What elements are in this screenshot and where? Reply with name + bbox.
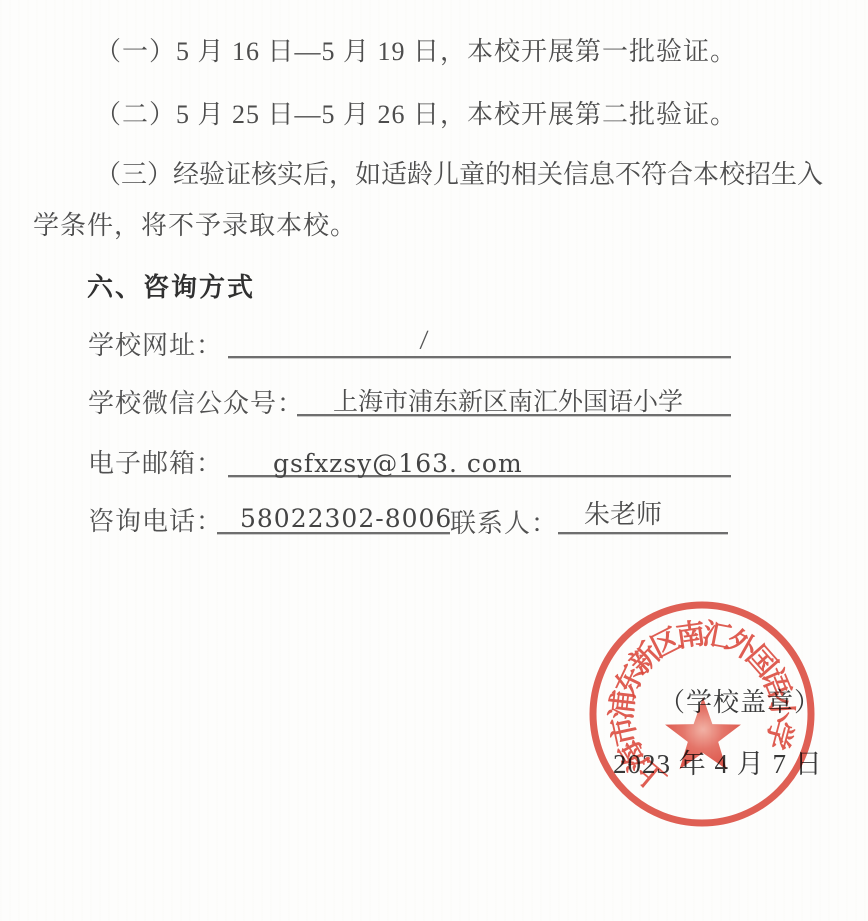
phone-value: 58022302-8006 xyxy=(240,504,452,534)
website-label: 学校网址： xyxy=(88,331,223,361)
paragraph-item-3-line-1: （三）经验证核实后，如适龄儿童的相关信息不符合本校招生入 xyxy=(95,160,823,190)
wechat-value: 上海市浦东新区南汇外国语小学 xyxy=(333,388,683,418)
paragraph-item-2: （二）5 月 25 日—5 月 26 日，本校开展第二批验证。 xyxy=(95,100,737,130)
website-value: / xyxy=(419,326,430,357)
paragraph-item-1: （一）5 月 16 日—5 月 19 日，本校开展第一批验证。 xyxy=(95,37,737,67)
email-label: 电子邮箱： xyxy=(88,449,223,479)
wechat-label: 学校微信公众号： xyxy=(88,389,304,419)
contact-value: 朱老师 xyxy=(584,500,662,530)
contact-underline xyxy=(558,532,728,534)
seal-star-icon xyxy=(665,697,741,769)
email-value: gsfxzsy@163. com xyxy=(273,449,523,479)
school-seal-stamp: 上海市浦东新区南汇外国语小学 xyxy=(577,589,827,839)
website-underline xyxy=(228,356,731,358)
paragraph-item-3-line-2: 学条件，将不予录取本校。 xyxy=(33,211,357,241)
document-page: （一）5 月 16 日—5 月 19 日，本校开展第一批验证。 （二）5 月 2… xyxy=(0,0,868,921)
contact-label: 联系人： xyxy=(450,509,558,539)
phone-label: 咨询电话： xyxy=(88,507,223,537)
section-heading: 六、咨询方式 xyxy=(87,272,255,302)
